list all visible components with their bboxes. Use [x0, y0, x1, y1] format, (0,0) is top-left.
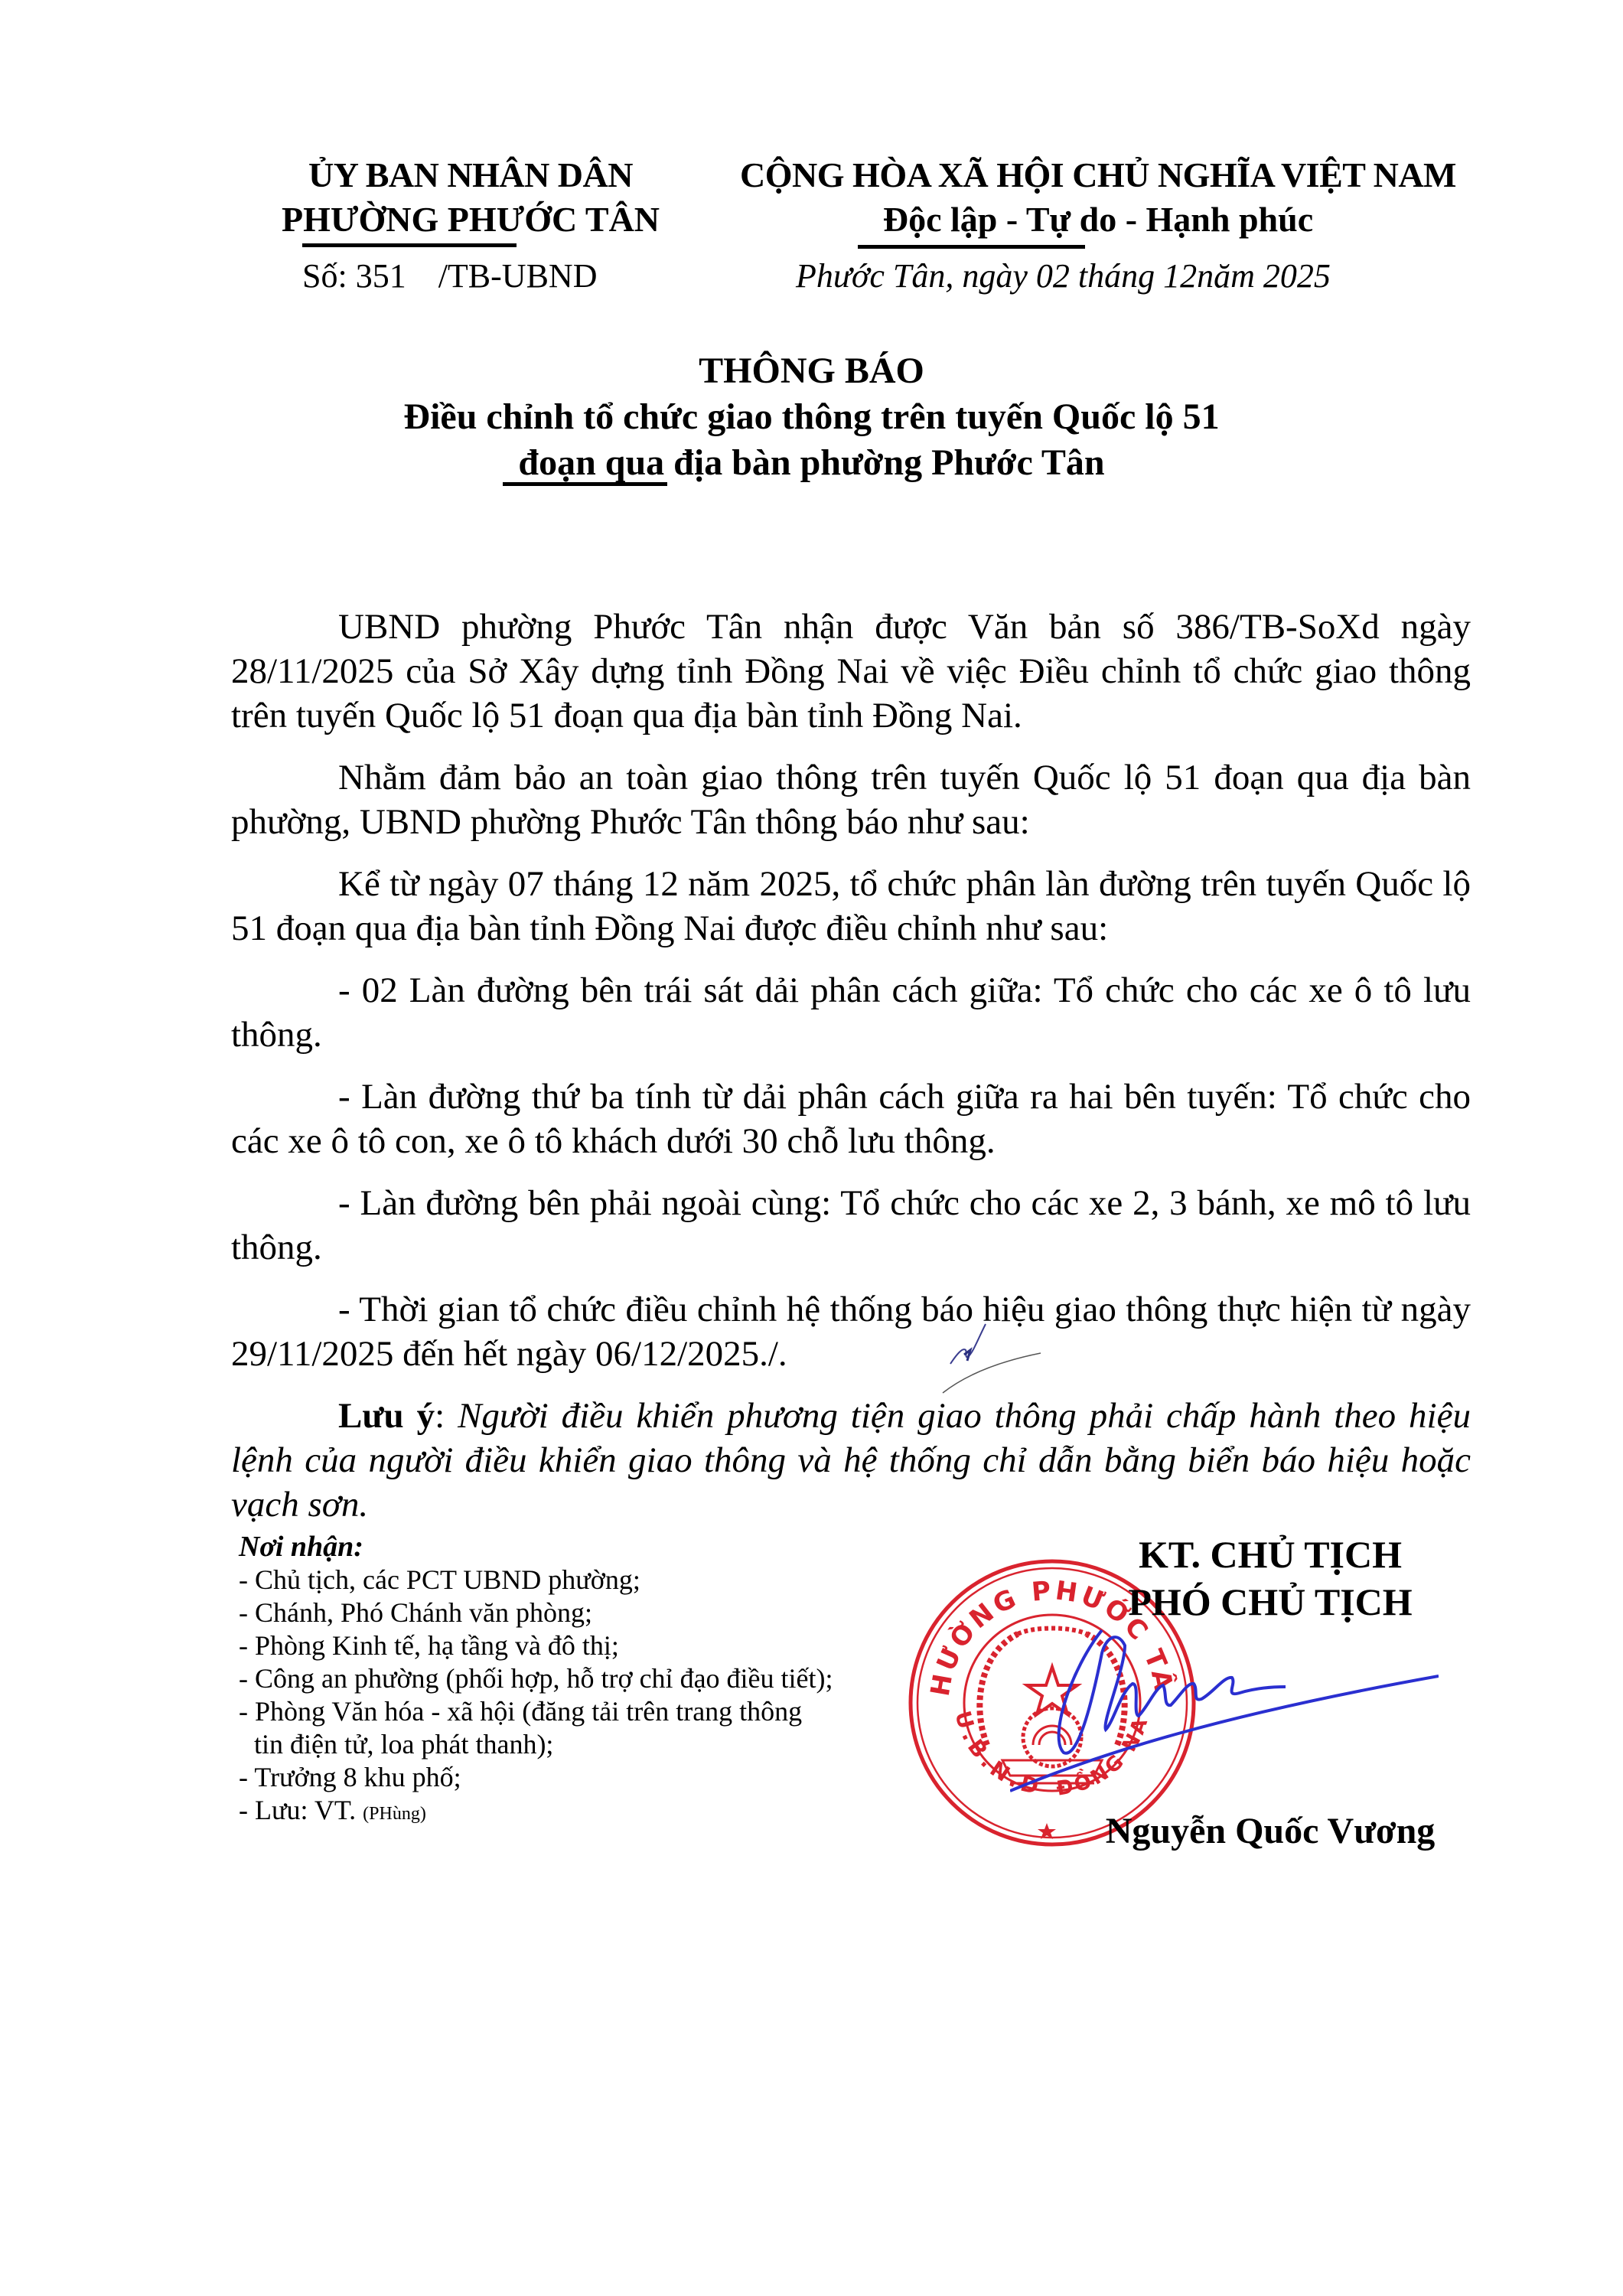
- recipient-item: - Phòng Văn hóa - xã hội (đăng tải trên …: [239, 1695, 833, 1728]
- recipient-item: - Chủ tịch, các PCT UBND phường;: [239, 1564, 833, 1596]
- recipient-item: - Công an phường (phối hợp, hỗ trợ chỉ đ…: [239, 1662, 833, 1695]
- document-number-suffix: /TB-UBND: [438, 257, 598, 295]
- recipient-item-continuation: tin điện tử, loa phát thanh);: [239, 1728, 833, 1761]
- paragraph: Kể từ ngày 07 tháng 12 năm 2025, tổ chức…: [231, 862, 1471, 951]
- recipients-heading: Nơi nhận:: [239, 1531, 833, 1564]
- signature-authority: KT. CHỦ TỊCH PHÓ CHỦ TỊCH: [1056, 1531, 1484, 1626]
- note-label: Lưu ý: [338, 1396, 435, 1436]
- recipient-item: - Phòng Kinh tế, hạ tầng và đô thị;: [239, 1629, 833, 1662]
- recipients-list: Nơi nhận: - Chủ tịch, các PCT UBND phườn…: [239, 1531, 833, 1831]
- handwritten-signature-icon: [1010, 1623, 1439, 1799]
- motto-underline: [858, 245, 1085, 249]
- paragraph-timeline: - Thời gian tổ chức điều chỉnh hệ thống …: [231, 1287, 1471, 1376]
- document-number-prefix: Số: 351: [302, 257, 406, 295]
- agency-line-2: PHƯỜNG PHƯỚC TÂN: [230, 197, 712, 242]
- archive-initials: (PHùng): [363, 1804, 426, 1824]
- recipient-item: - Chánh, Phó Chánh văn phòng;: [239, 1596, 833, 1629]
- signature-title-line-1: KT. CHỦ TỊCH: [1056, 1531, 1484, 1578]
- title-underline: [503, 482, 667, 486]
- nation-name: CỘNG HÒA XÃ HỘI CHỦ NGHĨA VIỆT NAM: [693, 153, 1504, 197]
- paragraph: UBND phường Phước Tân nhận được Văn bản …: [231, 605, 1471, 738]
- subject-line-1: Điều chỉnh tổ chức giao thông trên tuyến…: [230, 394, 1393, 440]
- paragraph-lane-rule: - 02 Làn đường bên trái sát dải phân các…: [231, 968, 1471, 1057]
- document-body: UBND phường Phước Tân nhận được Văn bản …: [231, 605, 1471, 1544]
- agency-line-1: ỦY BAN NHÂN DÂN: [230, 153, 712, 197]
- subject-line-2: đoạn qua địa bàn phường Phước Tân: [230, 440, 1393, 486]
- place-and-date: Phước Tân, ngày 02 tháng 12năm 2025: [796, 256, 1331, 295]
- paragraph-lane-rule: - Làn đường thứ ba tính từ dải phân cách…: [231, 1075, 1471, 1163]
- recipient-item-archive: - Lưu: VT. (PHùng): [239, 1794, 833, 1831]
- note-paragraph: Lưu ý: Người điều khiển phương tiện giao…: [231, 1394, 1471, 1527]
- recipient-item: - Trưởng 8 khu phố;: [239, 1761, 833, 1794]
- paragraph: Nhằm đảm bảo an toàn giao thông trên tuy…: [231, 755, 1471, 844]
- agency-underline: [302, 243, 517, 247]
- document-title: THÔNG BÁO Điều chỉnh tổ chức giao thông …: [230, 348, 1393, 486]
- issuing-agency: ỦY BAN NHÂN DÂN PHƯỜNG PHƯỚC TÂN: [230, 153, 712, 242]
- paragraph-lane-rule: - Làn đường bên phải ngoài cùng: Tổ chức…: [231, 1181, 1471, 1270]
- initial-mark-icon: [941, 1316, 1056, 1401]
- national-motto: CỘNG HÒA XÃ HỘI CHỦ NGHĨA VIỆT NAM Độc l…: [693, 153, 1504, 242]
- motto: Độc lập - Tự do - Hạnh phúc: [693, 197, 1504, 242]
- signature-title-line-2: PHÓ CHỦ TỊCH: [1056, 1578, 1484, 1626]
- note-colon: :: [435, 1396, 458, 1436]
- document-number: Số: 351/TB-UBND: [302, 256, 597, 295]
- signer-name: Nguyễn Quốc Vương: [1056, 1810, 1484, 1852]
- document-type: THÔNG BÁO: [230, 348, 1393, 394]
